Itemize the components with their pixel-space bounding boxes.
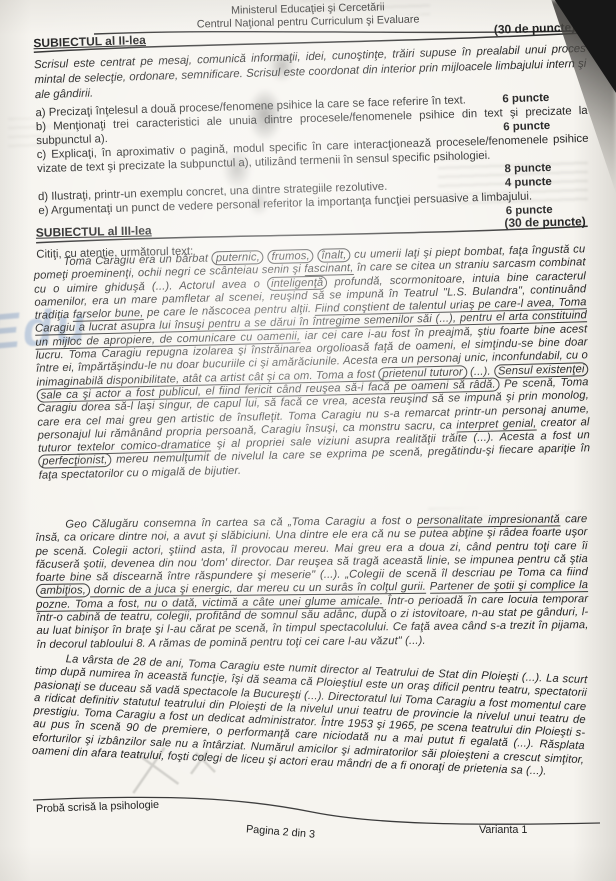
text-paragraph-2: Geo Călugăru consemna în cartea sa că „T…: [35, 513, 588, 652]
exam-item-points: 6 puncte: [503, 119, 550, 134]
hand-boxed-phrase: inteligenţă: [267, 275, 328, 290]
text-segment: (...).: [467, 365, 494, 378]
footer-variant: Varianta 1: [479, 824, 527, 836]
text-segment: La vârsta de 28 de ani, Toma Caragiu est…: [32, 653, 588, 777]
subject2-items: a) Precizaţi înţelesul a două procese/fe…: [35, 89, 590, 231]
scanned-exam-page: Edu Ministerul Educaţiei şi Cercetării C…: [0, 0, 616, 881]
text-paragraph-1: Toma Caragiu era un bărbat puternic, fru…: [33, 243, 590, 482]
hand-boxed-phrase: ambiţios,: [36, 584, 90, 599]
hand-boxed-phrase: înalt,: [317, 248, 350, 263]
subject-3-title: SUBIECTUL al III-lea: [36, 223, 152, 239]
exam-item-points: 8 puncte: [504, 161, 551, 176]
subject-2-section: SUBIECTUL al II-lea (30 de puncte) Scris…: [33, 20, 591, 232]
hand-underlined-phrase: farselor bune,: [73, 307, 144, 322]
hand-boxed-phrase: puternic,: [212, 250, 264, 265]
subject-3-points: (30 de puncte): [504, 214, 586, 230]
hand-boxed-phrase: frumos,: [267, 249, 313, 264]
exam-item-points: 4 puncte: [505, 175, 552, 190]
hand-underlined-phrase: personalitate impresionantă: [417, 513, 560, 527]
text-paragraph-3: La vârsta de 28 de ani, Toma Caragiu est…: [32, 652, 588, 780]
hand-boxed-phrase: perfecţionist,: [38, 453, 111, 469]
hand-underlined-phrase: fascinant,: [304, 262, 353, 276]
exam-item-points: 6 puncte: [502, 91, 549, 106]
